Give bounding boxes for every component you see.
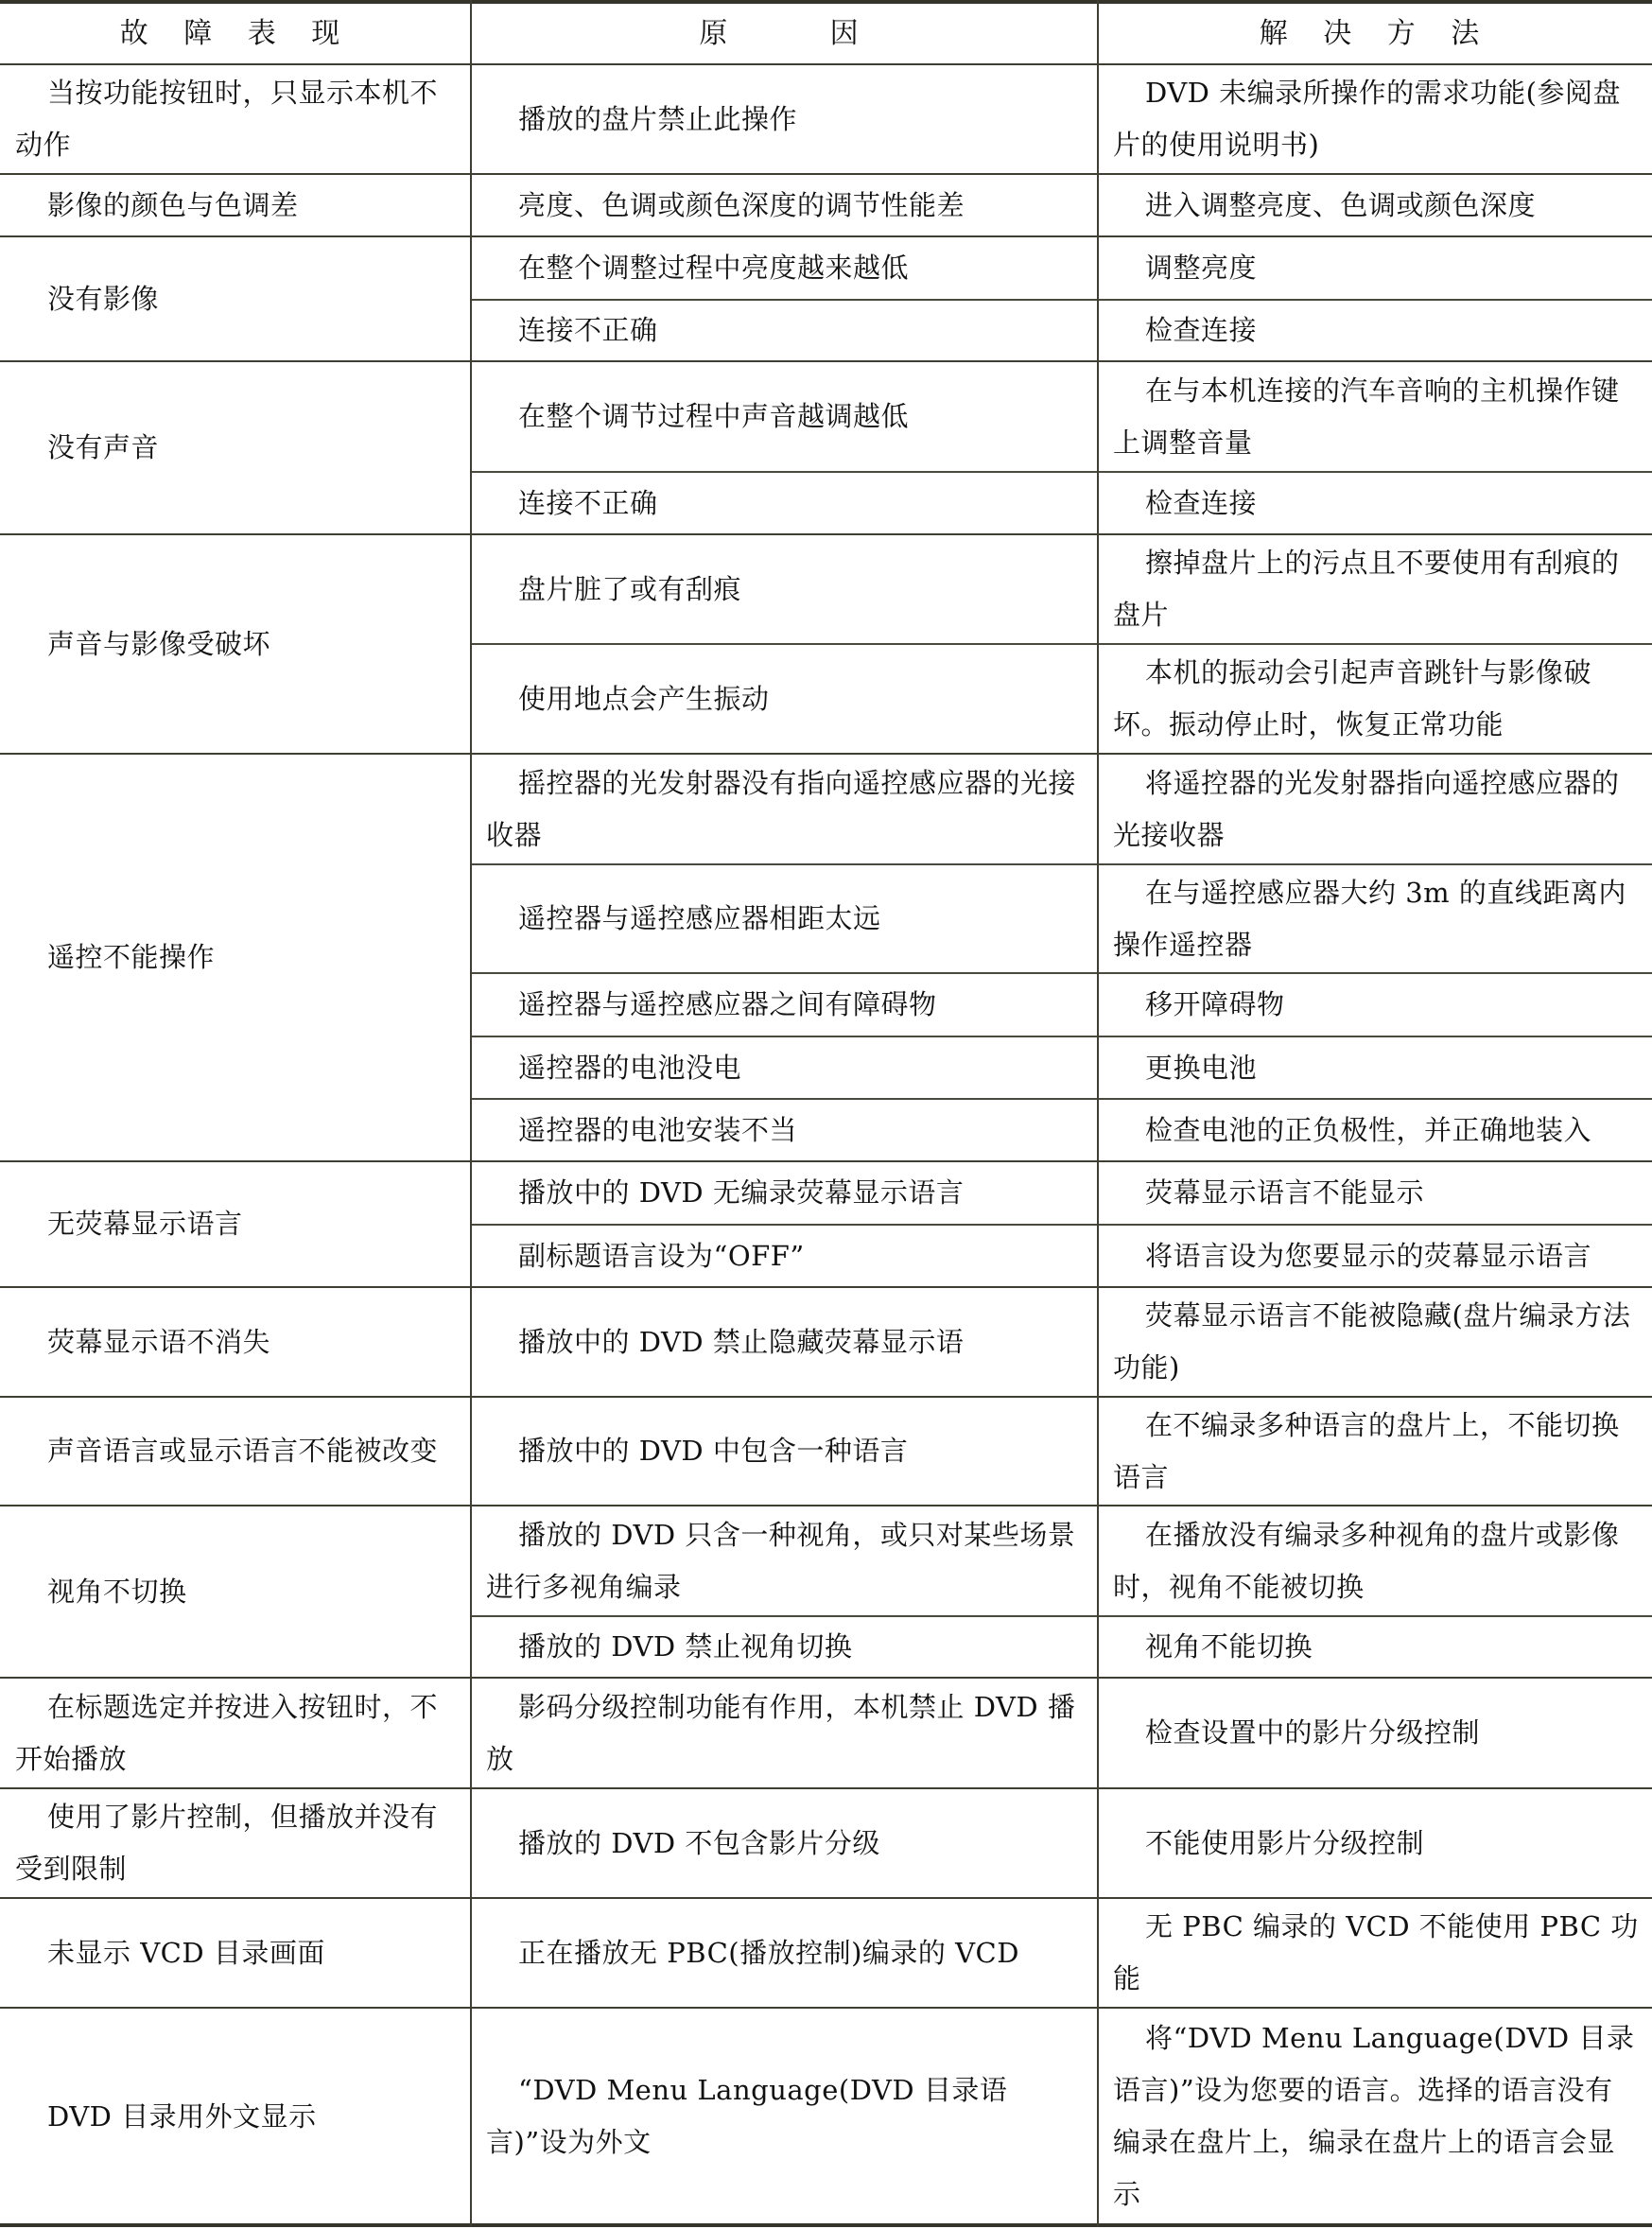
subrow-divider [471, 299, 1652, 301]
symptom-text: 当按功能按钮时，只显示本机不动作 [15, 67, 458, 171]
symptom-text: 遥控不能操作 [15, 932, 458, 984]
solution-cell: 将“DVD Menu Language(DVD 目录语言)”设为您要的语言。选择… [1098, 2008, 1652, 2225]
symptom-cell: 没有声音 [0, 361, 471, 534]
symptom-cell: DVD 目录用外文显示 [0, 2008, 471, 2225]
symptom-cell: 未显示 VCD 目录画面 [0, 1898, 471, 2008]
cause-text: 连接不正确 [486, 478, 1085, 530]
solution-text: 检查设置中的影片分级控制 [1113, 1707, 1639, 1759]
cause-cell: 遥控器的电池安装不当 [471, 1099, 1098, 1161]
solution-text: 检查电池的正负极性，并正确地装入 [1113, 1105, 1639, 1157]
subrow-divider [471, 1036, 1652, 1037]
row-divider [0, 1677, 1652, 1679]
solution-text: 荧幕显示语言不能被隐藏(盘片编录方法功能) [1113, 1290, 1639, 1394]
symptom-text: 声音与影像受破坏 [15, 618, 458, 670]
cause-text: 正在播放无 PBC(播放控制)编录的 VCD [486, 1927, 1085, 1979]
row-divider [0, 63, 1652, 65]
cause-text: 亮度、色调或颜色深度的调节性能差 [486, 180, 1085, 232]
cause-cell: 盘片脏了或有刮痕 [471, 534, 1098, 644]
subrow-divider [471, 863, 1652, 865]
solution-text: 擦掉盘片上的污点且不要使用有刮痕的盘片 [1113, 537, 1639, 641]
cause-cell: 播放的盘片禁止此操作 [471, 64, 1098, 174]
cause-cell: 在整个调整过程中亮度越来越低 [471, 236, 1098, 300]
row-divider [0, 235, 1652, 237]
cause-text: 在整个调整过程中亮度越来越低 [486, 242, 1085, 294]
cause-text: 播放的 DVD 禁止视角切换 [486, 1621, 1085, 1673]
cause-text: 摇控器的光发射器没有指向遥控感应器的光接收器 [486, 758, 1085, 862]
solution-cell: 擦掉盘片上的污点且不要使用有刮痕的盘片 [1098, 534, 1652, 644]
solution-cell: 检查设置中的影片分级控制 [1098, 1678, 1652, 1788]
row-divider [0, 1897, 1652, 1899]
symptom-cell: 当按功能按钮时，只显示本机不动作 [0, 64, 471, 174]
cause-cell: 遥控器与遥控感应器相距太远 [471, 864, 1098, 973]
cause-text: 影码分级控制功能有作用，本机禁止 DVD 播放 [486, 1681, 1085, 1785]
solution-text: 本机的振动会引起声音跳针与影像破坏。振动停止时，恢复正常功能 [1113, 647, 1639, 751]
solution-cell: 在播放没有编录多种视角的盘片或影像时，视角不能被切换 [1098, 1506, 1652, 1616]
cause-cell: 播放的 DVD 不包含影片分级 [471, 1788, 1098, 1898]
solution-text: 将遥控器的光发射器指向遥控感应器的光接收器 [1113, 758, 1639, 862]
cause-text: 使用地点会产生振动 [486, 673, 1085, 725]
header-symptom-label: 故 障 表 现 [15, 8, 458, 60]
solution-text: 无 PBC 编录的 VCD 不能使用 PBC 功能 [1113, 1901, 1639, 2005]
subrow-divider [471, 643, 1652, 645]
cause-text: 播放的 DVD 不包含影片分级 [486, 1818, 1085, 1870]
cause-text: 遥控器与遥控感应器之间有障碍物 [486, 979, 1085, 1031]
cause-text: 副标题语言设为“OFF” [486, 1230, 1085, 1282]
header-symptom: 故 障 表 现 [0, 3, 471, 64]
solution-text: 荧幕显示语言不能显示 [1113, 1167, 1639, 1219]
header-solution: 解 决 方 法 [1098, 3, 1652, 64]
solution-cell: 进入调整亮度、色调或颜色深度 [1098, 174, 1652, 236]
symptom-cell: 声音与影像受破坏 [0, 534, 471, 754]
solution-text: 检查连接 [1113, 305, 1639, 357]
solution-text: 进入调整亮度、色调或颜色深度 [1113, 180, 1639, 232]
solution-text: DVD 未编录所操作的需求功能(参阅盘片的使用说明书) [1113, 67, 1639, 171]
symptom-text: 荧幕显示语不消失 [15, 1316, 458, 1368]
cause-text: 遥控器的电池安装不当 [486, 1105, 1085, 1157]
solution-cell: 不能使用影片分级控制 [1098, 1788, 1652, 1898]
cause-cell: 在整个调节过程中声音越调越低 [471, 361, 1098, 472]
symptom-text: 无荧幕显示语言 [15, 1198, 458, 1250]
solution-cell: 更换电池 [1098, 1036, 1652, 1099]
solution-cell: 在与本机连接的汽车音响的主机操作键上调整音量 [1098, 361, 1652, 472]
cause-cell: 遥控器与遥控感应器之间有障碍物 [471, 973, 1098, 1036]
cause-text: 遥控器与遥控感应器相距太远 [486, 893, 1085, 945]
row-divider [0, 753, 1652, 755]
solution-cell: 将语言设为您要显示的荧幕显示语言 [1098, 1225, 1652, 1287]
cause-text: 遥控器的电池没电 [486, 1042, 1085, 1094]
column-divider [470, 0, 472, 2227]
row-divider [0, 360, 1652, 362]
cause-text: 连接不正确 [486, 305, 1085, 357]
symptom-text: DVD 目录用外文显示 [15, 2091, 458, 2143]
cause-text: 播放的盘片禁止此操作 [486, 94, 1085, 146]
cause-cell: 播放的 DVD 只含一种视角，或只对某些场景进行多视角编录 [471, 1506, 1098, 1616]
cause-cell: 连接不正确 [471, 472, 1098, 534]
solution-cell: 在不编录多种语言的盘片上，不能切换语言 [1098, 1397, 1652, 1506]
solution-text: 将“DVD Menu Language(DVD 目录语言)”设为您要的语言。选择… [1113, 2012, 1639, 2220]
symptom-cell: 使用了影片控制，但播放并没有受到限制 [0, 1788, 471, 1898]
symptom-text: 使用了影片控制，但播放并没有受到限制 [15, 1791, 458, 1895]
cause-cell: 播放的 DVD 禁止视角切换 [471, 1616, 1098, 1678]
cause-text: 播放的 DVD 只含一种视角，或只对某些场景进行多视角编录 [486, 1509, 1085, 1613]
solution-cell: 无 PBC 编录的 VCD 不能使用 PBC 功能 [1098, 1898, 1652, 2008]
symptom-cell: 遥控不能操作 [0, 754, 471, 1161]
cause-cell: 影码分级控制功能有作用，本机禁止 DVD 播放 [471, 1678, 1098, 1788]
symptom-text: 影像的颜色与色调差 [15, 180, 458, 232]
solution-cell: 视角不能切换 [1098, 1616, 1652, 1678]
solution-text: 检查连接 [1113, 478, 1639, 530]
solution-cell: 荧幕显示语言不能被隐藏(盘片编录方法功能) [1098, 1287, 1652, 1397]
solution-cell: 本机的振动会引起声音跳针与影像破坏。振动停止时，恢复正常功能 [1098, 644, 1652, 754]
solution-text: 不能使用影片分级控制 [1113, 1818, 1639, 1870]
row-divider [0, 2007, 1652, 2009]
solution-text: 在播放没有编录多种视角的盘片或影像时，视角不能被切换 [1113, 1509, 1639, 1613]
symptom-text: 没有影像 [15, 273, 458, 325]
solution-cell: 在与遥控感应器大约 3m 的直线距离内操作遥控器 [1098, 864, 1652, 973]
row-divider [0, 1505, 1652, 1506]
symptom-text: 未显示 VCD 目录画面 [15, 1927, 458, 1979]
cause-cell: 播放中的 DVD 禁止隐藏荧幕显示语 [471, 1287, 1098, 1397]
solution-text: 更换电池 [1113, 1042, 1639, 1094]
solution-cell: 调整亮度 [1098, 236, 1652, 300]
subrow-divider [471, 1615, 1652, 1617]
cause-cell: 使用地点会产生振动 [471, 644, 1098, 754]
symptom-cell: 视角不切换 [0, 1506, 471, 1678]
cause-text: 盘片脏了或有刮痕 [486, 564, 1085, 616]
symptom-text: 在标题选定并按进入按钮时，不开始播放 [15, 1681, 458, 1785]
solution-cell: 检查连接 [1098, 300, 1652, 361]
cause-cell: 遥控器的电池没电 [471, 1036, 1098, 1099]
row-divider [0, 173, 1652, 175]
solution-text: 视角不能切换 [1113, 1621, 1639, 1673]
troubleshooting-table: 故 障 表 现 原 因 解 决 方 法 当按功能按钮时，只显示本机不动作 播放的… [0, 0, 1652, 2229]
cause-cell: 亮度、色调或颜色深度的调节性能差 [471, 174, 1098, 236]
solution-cell: 将遥控器的光发射器指向遥控感应器的光接收器 [1098, 754, 1652, 864]
cause-cell: 摇控器的光发射器没有指向遥控感应器的光接收器 [471, 754, 1098, 864]
cause-text: 播放中的 DVD 无编录荧幕显示语言 [486, 1167, 1085, 1219]
cause-cell: 播放中的 DVD 无编录荧幕显示语言 [471, 1161, 1098, 1225]
solution-text: 调整亮度 [1113, 242, 1639, 294]
subrow-divider [471, 972, 1652, 974]
subrow-divider [471, 471, 1652, 473]
symptom-cell: 无荧幕显示语言 [0, 1161, 471, 1287]
table-bottom-rule [0, 2223, 1652, 2227]
symptom-cell: 在标题选定并按进入按钮时，不开始播放 [0, 1678, 471, 1788]
header-cause: 原 因 [471, 3, 1098, 64]
symptom-cell: 影像的颜色与色调差 [0, 174, 471, 236]
solution-text: 在不编录多种语言的盘片上，不能切换语言 [1113, 1400, 1639, 1504]
cause-cell: “DVD Menu Language(DVD 目录语言)”设为外文 [471, 2008, 1098, 2225]
cause-text: “DVD Menu Language(DVD 目录语言)”设为外文 [486, 2064, 1085, 2168]
header-cause-label: 原 因 [486, 8, 1085, 60]
symptom-text: 没有声音 [15, 422, 458, 474]
table-top-rule [0, 0, 1652, 4]
solution-cell: 荧幕显示语言不能显示 [1098, 1161, 1652, 1225]
cause-text: 在整个调节过程中声音越调越低 [486, 391, 1085, 443]
subrow-divider [471, 1224, 1652, 1226]
cause-cell: 正在播放无 PBC(播放控制)编录的 VCD [471, 1898, 1098, 2008]
row-divider [0, 1160, 1652, 1162]
cause-cell: 副标题语言设为“OFF” [471, 1225, 1098, 1287]
solution-cell: 检查电池的正负极性，并正确地装入 [1098, 1099, 1652, 1161]
solution-cell: 检查连接 [1098, 472, 1652, 534]
solution-text: 将语言设为您要显示的荧幕显示语言 [1113, 1230, 1639, 1282]
solution-text: 在与本机连接的汽车音响的主机操作键上调整音量 [1113, 365, 1639, 469]
solution-text: 移开障碍物 [1113, 979, 1639, 1031]
symptom-text: 声音语言或显示语言不能被改变 [15, 1425, 458, 1477]
cause-text: 播放中的 DVD 禁止隐藏荧幕显示语 [486, 1316, 1085, 1368]
cause-text: 播放中的 DVD 中包含一种语言 [486, 1425, 1085, 1477]
symptom-cell: 荧幕显示语不消失 [0, 1287, 471, 1397]
symptom-cell: 没有影像 [0, 236, 471, 361]
row-divider [0, 533, 1652, 535]
row-divider [0, 1787, 1652, 1789]
symptom-cell: 声音语言或显示语言不能被改变 [0, 1397, 471, 1506]
column-divider [1097, 0, 1099, 2227]
header-solution-label: 解 决 方 法 [1113, 8, 1639, 60]
cause-cell: 播放中的 DVD 中包含一种语言 [471, 1397, 1098, 1506]
row-divider [0, 1286, 1652, 1288]
solution-cell: DVD 未编录所操作的需求功能(参阅盘片的使用说明书) [1098, 64, 1652, 174]
symptom-text: 视角不切换 [15, 1566, 458, 1618]
solution-cell: 移开障碍物 [1098, 973, 1652, 1036]
row-divider [0, 1396, 1652, 1398]
subrow-divider [471, 1098, 1652, 1100]
solution-text: 在与遥控感应器大约 3m 的直线距离内操作遥控器 [1113, 867, 1639, 971]
cause-cell: 连接不正确 [471, 300, 1098, 361]
